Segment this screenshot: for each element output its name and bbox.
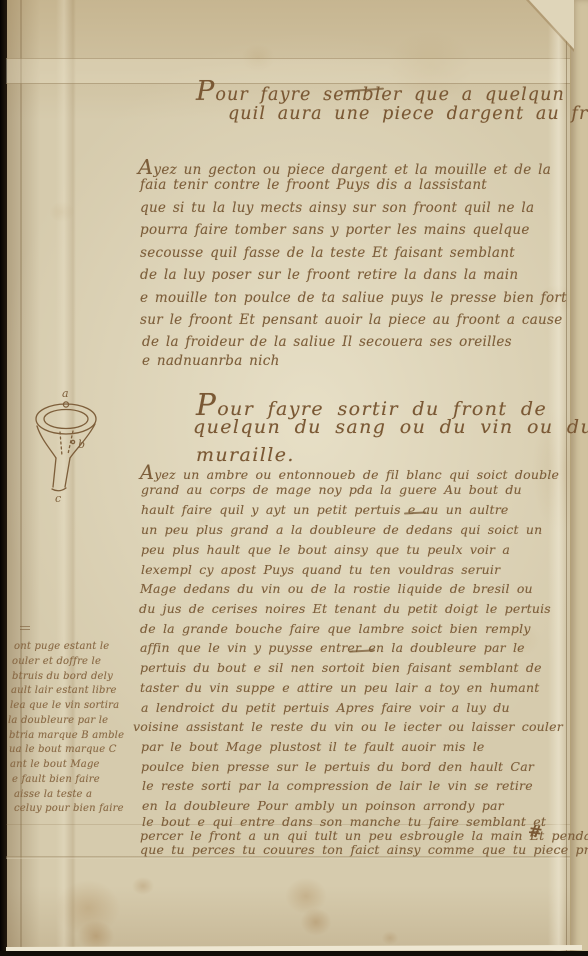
recipe1-body-line: secousse quil fasse de la teste Et faisa…	[140, 245, 515, 261]
recipe1-body-line: sur le froont Et pensant auoir la piece …	[140, 312, 563, 328]
funnel-spout-right	[65, 458, 70, 487]
funnel-inner-dotted-left	[60, 432, 62, 456]
funnel-inner-hole	[71, 440, 74, 443]
manuscript-page: Pour fayre sembler que a quelqun quil au…	[0, 0, 588, 956]
recipe2-body-line: affin que le vin y puysse entrer en la d…	[140, 640, 525, 655]
recipe1-body-line: faia tenir contre le froont Puys dis a l…	[140, 177, 487, 193]
recipe2-body-line: voisine assistant le reste du vin ou le …	[133, 719, 563, 734]
binding-edge	[0, 0, 7, 956]
recipe1-body-line: de la froideur de la saliue Il secouera …	[142, 334, 512, 350]
recipe1-body-line: Ayez un gecton ou piece dargent et la mo…	[138, 155, 551, 179]
recipe1-body-line: de la luy poser sur le froont retire la …	[140, 267, 518, 283]
margin-tick-mark	[20, 626, 30, 627]
recipe2-body-line: Ayez un ambre ou entonnoueb de fil blanc…	[140, 461, 559, 484]
recipe2-body-line: a lendroict du petit pertuis Apres faire…	[141, 700, 510, 715]
recipe2-body-line: de la grande bouche faire que lambre soi…	[140, 621, 531, 636]
margin-note-line: e fault bien faire	[12, 774, 100, 785]
margin-note-line: aisse la teste a	[14, 789, 92, 800]
funnel-spout-left	[53, 458, 56, 487]
recipe2-body-line: du jus de cerises noires Et tenant du pe…	[139, 601, 551, 616]
recipe1-body-line: que si tu la luy mects ainsy sur son fro…	[140, 200, 534, 216]
margin-note-line: ault lair estant libre	[11, 685, 117, 696]
funnel-rim-inner	[44, 410, 88, 429]
margin-note-line: la doubleure par le	[8, 715, 108, 726]
diagram-label-b: b	[78, 438, 85, 451]
recipe2-body-line: le reste sorti par la compression de lai…	[142, 778, 533, 793]
margin-note-line: btria marque B amble	[9, 730, 124, 741]
margin-note-line: ant le bout Mage	[10, 759, 100, 770]
recipe2-body-line: poulce bien presse sur le pertuis du bor…	[141, 759, 534, 774]
recipe2-body-line: que tu perces tu couures ton faict ainsy…	[140, 842, 588, 857]
funnel-spout-tip	[52, 488, 66, 491]
recipe2-body-line: percer le front a un qui tult un peu esb…	[140, 828, 588, 843]
recipe2-body-line: Mage dedans du vin ou de la rostie liqui…	[140, 581, 533, 596]
paragraph-end-mark: #	[527, 821, 544, 843]
recipe2-body-line: pertuis du bout e sil nen sortoit bien f…	[140, 660, 542, 675]
recipe1-title-line: quil aura une piece dargent au frot	[228, 104, 588, 124]
margin-note-line: lea que le vin sortira	[10, 700, 119, 711]
recipe2-body-line: un peu plus grand a la doubleure de deda…	[141, 522, 542, 537]
recipe1-body-line: e nadnuanrba nich	[142, 353, 280, 369]
recipe1-title-line: Pour fayre sembler que a quelqun	[196, 76, 565, 107]
recipe2-body-line: taster du vin suppe e attire un peu lair…	[140, 680, 539, 695]
diagram-label-c: c	[55, 492, 61, 504]
diagram-label-a: a	[62, 387, 69, 400]
right-fold-line	[566, 0, 567, 956]
underlying-page-edge	[570, 0, 588, 956]
recipe2-title-line: quelqun du sang ou du vin ou dune	[193, 416, 588, 438]
recipe2-body-line: par le bout Mage plustost il te fault au…	[141, 739, 485, 754]
recipe2-body-line: hault faire quil y ayt un petit pertuis …	[141, 502, 508, 517]
recipe2-body-line: peu plus hault que le bout ainsy que tu …	[141, 542, 510, 557]
funnel-diagram: a b c	[26, 386, 110, 504]
recipe2-body-line: en la doubleure Pour ambly un poinson ar…	[142, 798, 504, 813]
margin-note-line: btruis du bord dely	[12, 671, 113, 682]
margin-note-line: ua le bout marque C	[9, 744, 117, 755]
recipe2-body-line: grand au corps de mage noy pda la guere …	[141, 482, 522, 497]
margin-note-line: ouler et doffre le	[12, 656, 101, 667]
recipe1-body-line: pourra faire tomber sans y porter les ma…	[140, 222, 530, 238]
funnel-rim-outer	[36, 404, 96, 434]
margin-note-line: celuy pour bien faire	[14, 803, 124, 814]
recipe2-body-line: le bout e qui entre dans son manche tu f…	[142, 814, 546, 829]
recipe2-body-line: lexempl cy apost Puys quand tu ten vould…	[141, 562, 500, 577]
margin-note-line: ont puge estant le	[14, 641, 109, 652]
bottom-background	[0, 951, 588, 956]
recipe1-body-line: e mouille ton poulce de ta saliue puys l…	[140, 290, 567, 306]
